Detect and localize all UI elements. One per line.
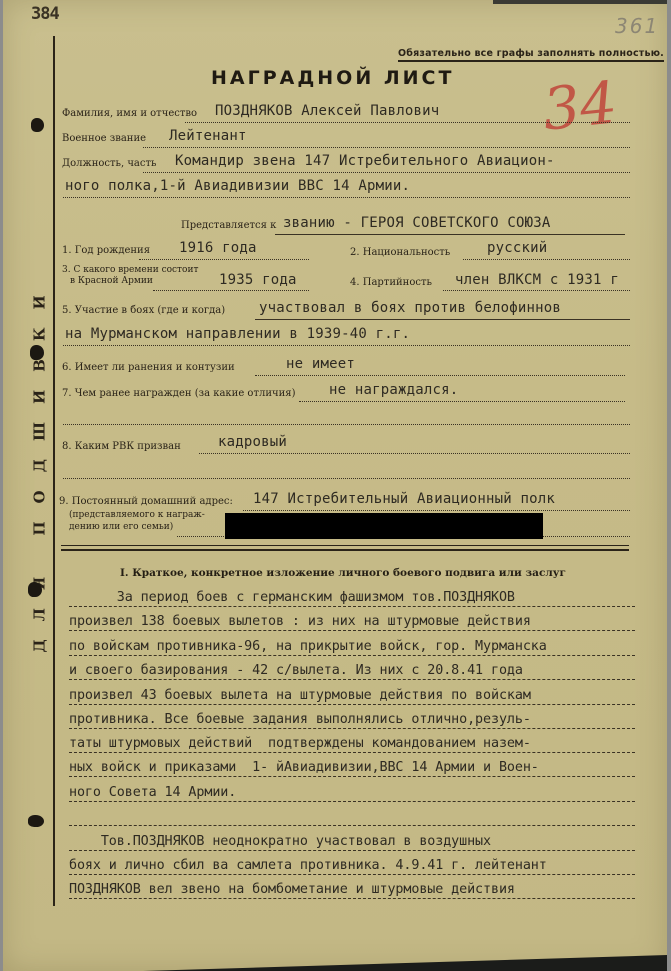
section1-line: произвел 43 боевых вылета на штурмовые д… <box>69 682 635 705</box>
rank-value: Лейтенант <box>169 128 247 144</box>
position-label: Должность, часть <box>62 158 156 169</box>
combat-value-line1: участвовал в боях против белофиннов <box>259 300 561 316</box>
party-line <box>443 290 630 291</box>
section1-line: и своего базирования - 42 с/вылета. Из н… <box>69 657 635 680</box>
name-line <box>185 122 630 123</box>
section1-line-text: боях и лично сбил ва самлета противника.… <box>69 858 547 873</box>
section-divider <box>61 545 629 551</box>
nominated-label: Представляется к <box>181 220 276 231</box>
section1-line-text: по войскам противника-96, на прикрытие в… <box>69 639 547 654</box>
rvk-line1 <box>199 453 630 454</box>
awards-line2 <box>63 424 630 425</box>
position-line1 <box>143 172 630 173</box>
nationality-label: 2. Национальность <box>350 247 450 258</box>
section1-line: За период боев с германским фашизмом тов… <box>69 584 635 607</box>
ink-blot <box>28 582 42 597</box>
redaction-bar <box>225 513 543 539</box>
section1-line-text: таты штурмовых действий подтверждены ком… <box>69 736 531 751</box>
section1-line: боях и лично сбил ва самлета противника.… <box>69 852 635 875</box>
name-value: ПОЗДНЯКОВ Алексей Павлович <box>215 103 439 119</box>
awards-label: 7. Чем ранее награжден (за какие отличия… <box>62 388 296 399</box>
combat-label: 5. Участие в боях (где и когда) <box>62 305 225 316</box>
rvk-line2 <box>63 478 630 479</box>
section1-line: Тов.ПОЗДНЯКОВ неоднократно участвовал в … <box>69 828 635 851</box>
service-since-label-line2: в Красной Армии <box>70 276 153 286</box>
pencil-page-number: 361 <box>615 14 659 38</box>
section1-line-text: За период боев с германским фашизмом тов… <box>69 590 515 605</box>
rvk-value: кадровый <box>218 434 287 450</box>
archive-number: 384 <box>31 4 59 24</box>
page-edge-shadow <box>143 955 667 971</box>
section1-line-text: ПОЗДНЯКОВ вел звено на бомбометание и шт… <box>69 882 515 897</box>
section1-line-text: противника. Все боевые задания выполняли… <box>69 712 531 727</box>
ink-blot <box>31 118 44 132</box>
rank-label: Военное звание <box>62 133 146 144</box>
ink-blot <box>28 815 44 827</box>
section1-line: ПОЗДНЯКОВ вел звено на бомбометание и шт… <box>69 876 635 899</box>
section1-line-text: и своего базирования - 42 с/вылета. Из н… <box>69 663 523 678</box>
nominated-value: званию - ГЕРОЯ СОВЕТСКОГО СОЮЗА <box>283 215 551 231</box>
section1-line: таты штурмовых действий подтверждены ком… <box>69 730 635 753</box>
name-label: Фамилия, имя и отчество <box>62 108 197 119</box>
fill-all-fields-notice: Обязательно все графы заполнять полность… <box>398 48 664 62</box>
document-title: НАГРАДНОЙ ЛИСТ <box>211 67 454 89</box>
rank-line <box>143 147 630 148</box>
section1-line <box>69 803 635 826</box>
position-value-line1: Командир звена 147 Истребительного Авиац… <box>175 153 555 169</box>
combat-value-line2: на Мурманском направлении в 1939-40 г.г. <box>65 326 410 342</box>
nationality-value: русский <box>487 240 547 256</box>
wounds-value: не имеет <box>286 356 355 372</box>
combat-line2 <box>63 345 630 346</box>
address-value: 147 Истребительный Авиационный полк <box>253 491 555 507</box>
service-since-value: 1935 года <box>219 272 297 288</box>
section1-heading: I. Краткое, конкретное изложение личного… <box>120 567 566 579</box>
wounds-label: 6. Имеет ли ранения и контузии <box>62 362 235 373</box>
position-line2 <box>63 197 630 198</box>
service-since-label-line1: 3. С какого времени состоит <box>62 265 198 275</box>
section1-line: произвел 138 боевых вылетов : из них на … <box>69 608 635 631</box>
section1-line: ных войск и приказами 1- йАвиадивизии,ВВ… <box>69 754 635 777</box>
nationality-line <box>463 259 630 260</box>
section1-line-text: произвел 138 боевых вылетов : из них на … <box>69 614 531 629</box>
address-label-line3: дению или его семьи) <box>69 522 173 532</box>
red-annotation: 34 <box>540 68 621 143</box>
combat-line1 <box>255 319 630 320</box>
party-value: член ВЛКСМ с 1931 г <box>455 272 619 288</box>
ink-blot <box>30 345 44 360</box>
birth-year-line <box>139 259 309 260</box>
section1-line-text: произвел 43 боевых вылета на штурмовые д… <box>69 688 531 703</box>
address-label-line1: 9. Постоянный домашний адрес: <box>59 496 233 507</box>
party-label: 4. Партийность <box>350 277 432 288</box>
position-value-line2: ного полка,1-й Авиадивизии ВВС 14 Армии. <box>65 178 410 194</box>
birth-year-label: 1. Год рождения <box>62 245 150 256</box>
rvk-label: 8. Каким РВК призван <box>62 441 181 452</box>
section1-line-text: ного Совета 14 Армии. <box>69 785 236 800</box>
section1-line-text: Тов.ПОЗДНЯКОВ неоднократно участвовал в … <box>69 834 491 849</box>
awards-value: не награждался. <box>329 382 458 398</box>
birth-year-value: 1916 года <box>179 240 257 256</box>
wounds-line <box>255 375 625 376</box>
section1-line-text: ных войск и приказами 1- йАвиадивизии,ВВ… <box>69 760 539 775</box>
awards-line1 <box>299 401 625 402</box>
section1-line: ного Совета 14 Армии. <box>69 779 635 802</box>
service-since-line <box>153 290 309 291</box>
section1-line: противника. Все боевые задания выполняли… <box>69 706 635 729</box>
section1-line: по войскам противника-96, на прикрытие в… <box>69 633 635 656</box>
nominated-line <box>275 234 625 235</box>
address-line1 <box>243 510 630 511</box>
award-sheet: 384 361 34 Обязательно все графы заполня… <box>3 0 667 971</box>
address-label-line2: (представляемого к награж- <box>69 510 205 520</box>
